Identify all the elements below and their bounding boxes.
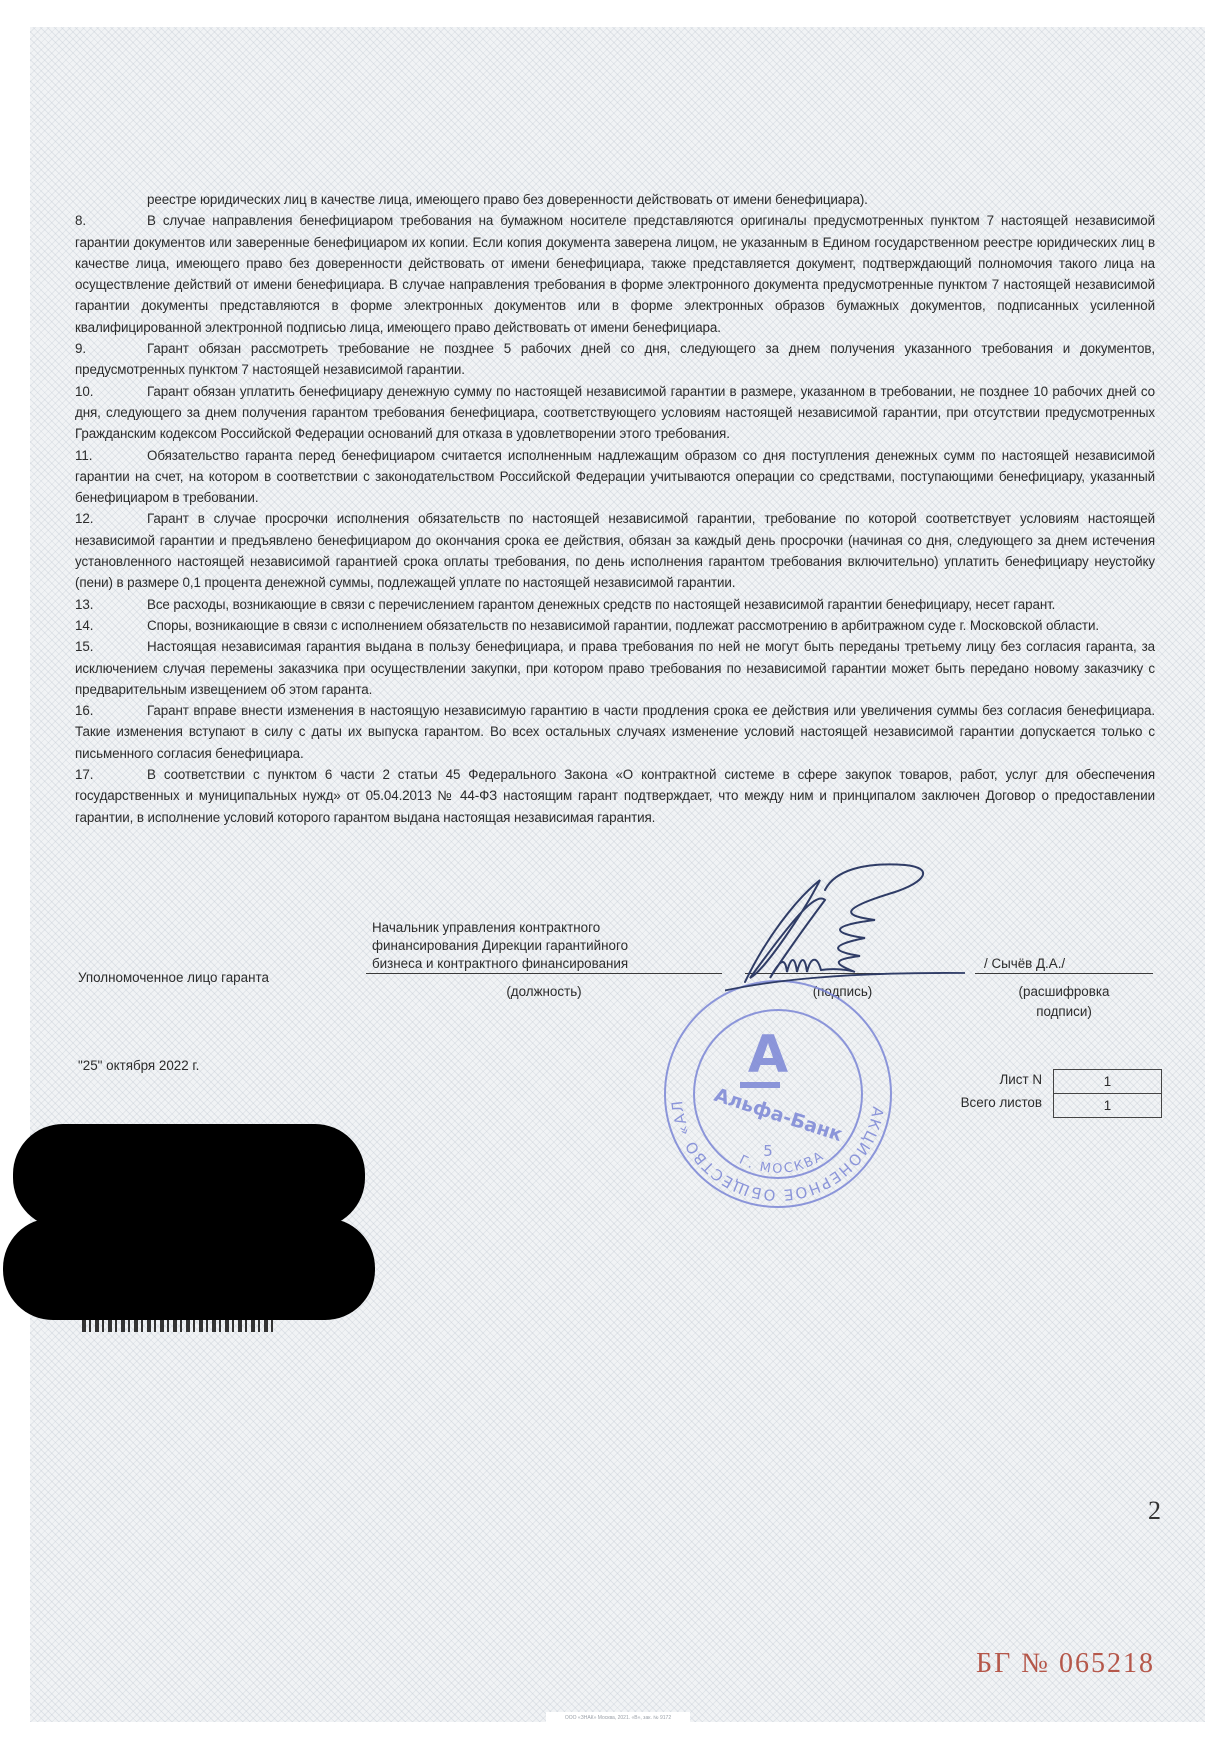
clause-number: 9. xyxy=(75,338,147,359)
name-caption-line-2: подписи) xyxy=(975,1003,1153,1021)
total-sheets-label: Всего листов xyxy=(961,1095,1042,1110)
authorized-person-label: Уполномоченное лицо гаранта xyxy=(78,969,269,987)
clause-text: Споры, возникающие в связи с исполнением… xyxy=(147,618,1099,633)
guarantee-body: реестре юридических лиц в качестве лица,… xyxy=(75,189,1155,828)
handwritten-signature xyxy=(725,860,965,1000)
clause-number: 16. xyxy=(75,700,147,721)
clause-text: Гарант обязан рассмотреть требование не … xyxy=(75,341,1155,377)
clause-17: 17.В соответствии с пунктом 6 части 2 ст… xyxy=(75,764,1155,828)
position-line-1: Начальник управления контрактного xyxy=(372,919,600,937)
clause-number: 10. xyxy=(75,381,147,402)
clause-number: 11. xyxy=(75,445,147,466)
position-underline xyxy=(366,973,722,974)
clause-number: 8. xyxy=(75,210,147,231)
redaction-block-bottom xyxy=(3,1218,375,1320)
total-sheets-value: 1 xyxy=(1054,1094,1162,1118)
clause-text: В случае направления бенефициаром требов… xyxy=(75,213,1155,334)
clause-16: 16.Гарант вправе внести изменения в наст… xyxy=(75,700,1155,764)
clause-12: 12.Гарант в случае просрочки исполнения … xyxy=(75,508,1155,593)
clause-8: 8.В случае направления бенефициаром треб… xyxy=(75,210,1155,338)
intro-line: реестре юридических лиц в качестве лица,… xyxy=(75,189,1155,210)
redaction-block-top xyxy=(13,1124,365,1228)
bank-seal-stamp: АКЦИОНЕРНОЕ ОБЩЕСТВО «АЛЬФА-БАНК» * Г. М… xyxy=(660,976,896,1212)
seal-number: 5 xyxy=(763,1142,773,1160)
sheet-number-value: 1 xyxy=(1054,1070,1162,1094)
clause-list: 8.В случае направления бенефициаром треб… xyxy=(75,210,1155,828)
barcode xyxy=(82,1318,275,1332)
name-caption-line-1: (расшифровка xyxy=(975,983,1153,1001)
sheet-number-label: Лист N xyxy=(1000,1072,1043,1087)
clause-text: Гарант в случае просрочки исполнения обя… xyxy=(75,511,1155,590)
clause-text: Гарант обязан уплатить бенефициару денеж… xyxy=(75,384,1155,442)
clause-number: 14. xyxy=(75,615,147,636)
clause-11: 11.Обязательство гаранта перед бенефициа… xyxy=(75,445,1155,509)
issue-date: "25" октября 2022 г. xyxy=(78,1057,199,1075)
clause-text: Обязательство гаранта перед бенефициаром… xyxy=(75,448,1155,506)
page-number: 2 xyxy=(1148,1496,1161,1526)
clause-text: Настоящая независимая гарантия выдана в … xyxy=(75,639,1155,697)
clause-14: 14.Споры, возникающие в связи с исполнен… xyxy=(75,615,1155,636)
clause-text: Гарант вправе внести изменения в настоящ… xyxy=(75,703,1155,761)
sheet-info-table: 1 1 xyxy=(1053,1069,1162,1118)
clause-number: 13. xyxy=(75,594,147,615)
name-underline xyxy=(975,973,1153,974)
guarantee-serial-number: БГ № 065218 xyxy=(976,1648,1155,1680)
clause-number: 12. xyxy=(75,508,147,529)
clause-15: 15.Настоящая независимая гарантия выдана… xyxy=(75,636,1155,700)
signer-name: / Сычёв Д.А./ xyxy=(984,955,1065,973)
clause-13: 13.Все расходы, возникающие в связи с пе… xyxy=(75,594,1155,615)
clause-9: 9.Гарант обязан рассмотреть требование н… xyxy=(75,338,1155,381)
clause-text: В соответствии с пунктом 6 части 2 стать… xyxy=(75,767,1155,825)
printer-imprint: ООО «ЗНАК» Москва, 2021. «В», зак. № 917… xyxy=(546,1712,690,1724)
clause-text: Все расходы, возникающие в связи с переч… xyxy=(147,597,1055,612)
clause-10: 10.Гарант обязан уплатить бенефициару де… xyxy=(75,381,1155,445)
position-line-2: финансирования Дирекции гарантийного xyxy=(372,937,628,955)
seal-bank-name: Альфа-Банк xyxy=(711,1084,845,1146)
clause-number: 17. xyxy=(75,764,147,785)
clause-number: 15. xyxy=(75,636,147,657)
alfa-logo-icon: А xyxy=(748,1025,788,1085)
position-line-3: бизнеса и контрактного финансирования xyxy=(372,955,628,973)
logo-underbar-icon xyxy=(740,1082,780,1088)
